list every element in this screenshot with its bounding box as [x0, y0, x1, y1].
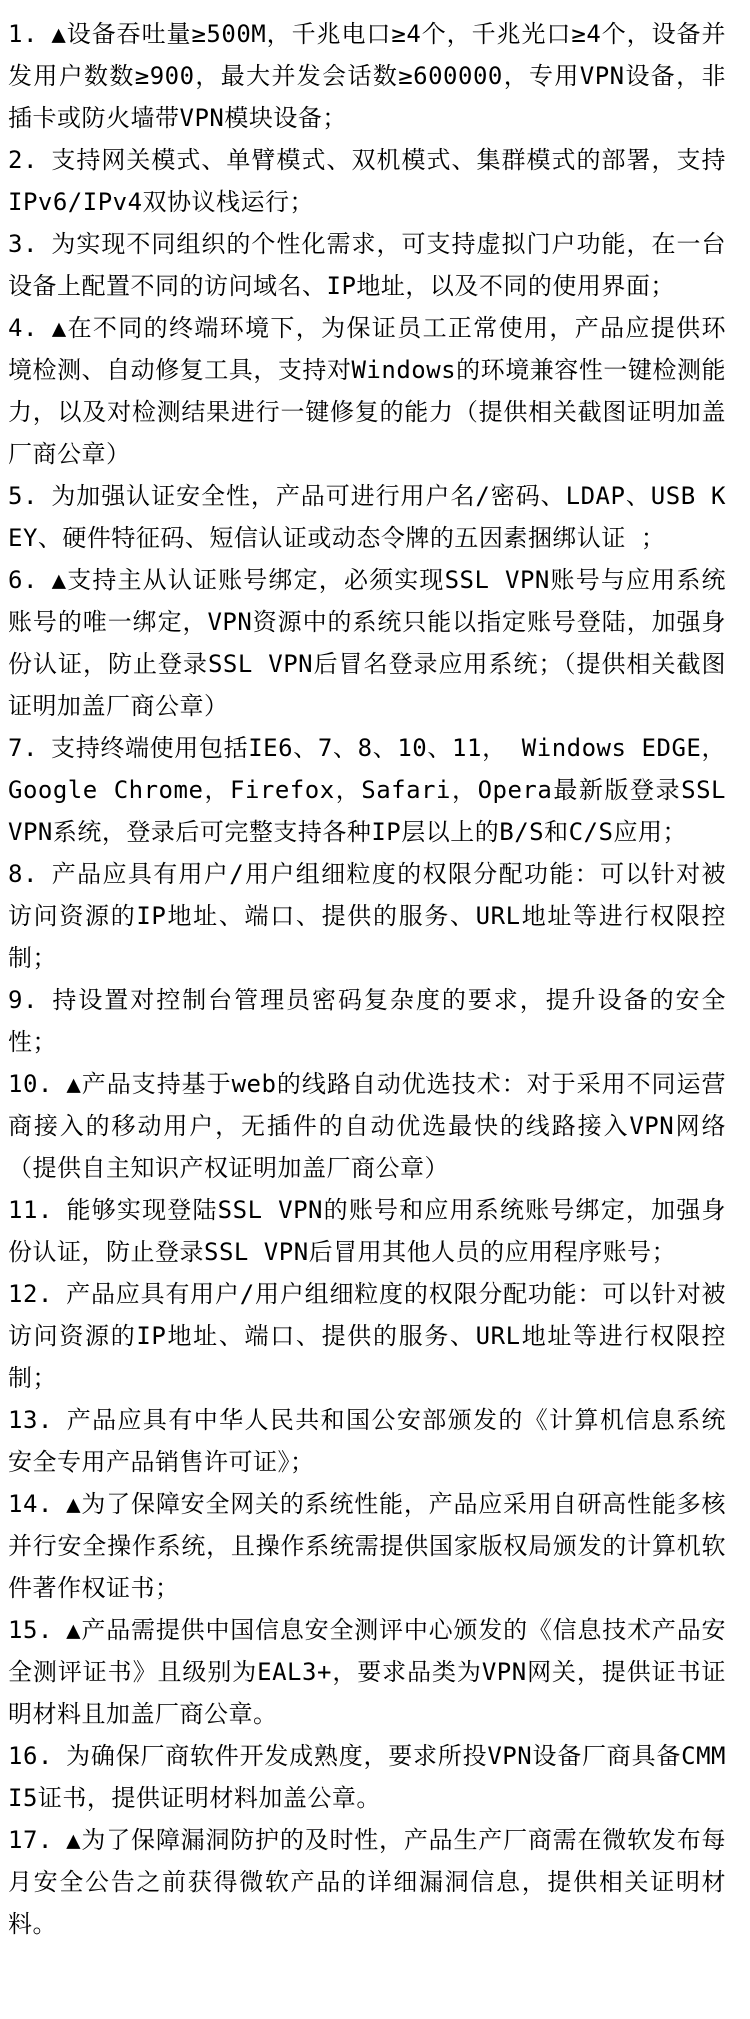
list-item: 3.为实现不同组织的个性化需求，可支持虚拟门户功能，在一台设备上配置不同的访问域… — [8, 223, 726, 307]
item-text: 产品应具有用户/用户组细粒度的权限分配功能：可以针对被访问资源的IP地址、端口、… — [8, 1280, 726, 1392]
item-text: 为了保障安全网关的系统性能，产品应采用自研高性能多核并行安全操作系统，且操作系统… — [8, 1490, 726, 1602]
item-number: 6. — [8, 566, 38, 594]
list-item: 9.持设置对控制台管理员密码复杂度的要求，提升设备的安全性； — [8, 979, 726, 1063]
item-text: 产品应具有中华人民共和国公安部颁发的《计算机信息系统安全专用产品销售许可证》； — [8, 1406, 726, 1476]
item-text: 支持网关模式、单臂模式、双机模式、集群模式的部署，支持IPv6/IPv4双协议栈… — [8, 146, 726, 216]
triangle-marker-icon: ▲ — [51, 314, 68, 342]
item-number: 2. — [8, 146, 38, 174]
item-number: 8. — [8, 860, 38, 888]
item-number: 10. — [8, 1070, 53, 1098]
item-number: 11. — [8, 1196, 53, 1224]
list-item: 7.支持终端使用包括IE6、7、8、10、11， Windows EDGE，Go… — [8, 727, 726, 853]
item-text: 为实现不同组织的个性化需求，可支持虚拟门户功能，在一台设备上配置不同的访问域名、… — [8, 230, 726, 300]
triangle-marker-icon: ▲ — [51, 566, 67, 594]
item-number: 13. — [8, 1406, 53, 1434]
item-number: 9. — [8, 986, 38, 1014]
item-number: 5. — [8, 482, 38, 510]
list-item: 2.支持网关模式、单臂模式、双机模式、集群模式的部署，支持IPv6/IPv4双协… — [8, 139, 726, 223]
list-item: 10.▲产品支持基于web的线路自动优选技术：对于采用不同运营商接入的移动用户，… — [8, 1063, 726, 1189]
item-number: 14. — [8, 1490, 53, 1518]
item-text: 产品应具有用户/用户组细粒度的权限分配功能：可以针对被访问资源的IP地址、端口、… — [8, 860, 726, 972]
list-item: 16.为确保厂商软件开发成熟度，要求所投VPN设备厂商具备CMMI5证书，提供证… — [8, 1735, 726, 1819]
list-item: 17.▲为了保障漏洞防护的及时性，产品生产厂商需在微软发布每月安全公告之前获得微… — [8, 1819, 726, 1945]
item-text: 持设置对控制台管理员密码复杂度的要求，提升设备的安全性； — [8, 986, 726, 1056]
item-text: 产品需提供中国信息安全测评中心颁发的《信息技术产品安全测评证书》且级别为EAL3… — [8, 1616, 726, 1728]
list-item: 8.产品应具有用户/用户组细粒度的权限分配功能：可以针对被访问资源的IP地址、端… — [8, 853, 726, 979]
item-number: 17. — [8, 1826, 53, 1854]
item-number: 15. — [8, 1616, 53, 1644]
list-item: 1.▲设备吞吐量≥500M，千兆电口≥4个，千兆光口≥4个，设备并发用户数数≥9… — [8, 13, 726, 139]
triangle-marker-icon: ▲ — [66, 1826, 82, 1854]
item-text: 支持主从认证账号绑定，必须实现SSL VPN账号与应用系统账号的唯一绑定，VPN… — [8, 566, 726, 720]
requirements-document: 1.▲设备吞吐量≥500M，千兆电口≥4个，千兆光口≥4个，设备并发用户数数≥9… — [0, 0, 750, 1945]
item-text: 产品支持基于web的线路自动优选技术：对于采用不同运营商接入的移动用户，无插件的… — [8, 1070, 726, 1182]
item-text: 在不同的终端环境下，为保证员工正常使用，产品应提供环境检测、自动修复工具，支持对… — [8, 314, 726, 468]
item-text: 能够实现登陆SSL VPN的账号和应用系统账号绑定，加强身份认证，防止登录SSL… — [8, 1196, 726, 1266]
triangle-marker-icon: ▲ — [51, 20, 67, 48]
item-number: 1. — [8, 20, 38, 48]
item-text: 支持终端使用包括IE6、7、8、10、11， Windows EDGE，Goog… — [8, 734, 726, 846]
list-item: 4.▲在不同的终端环境下，为保证员工正常使用，产品应提供环境检测、自动修复工具，… — [8, 307, 726, 475]
item-number: 12. — [8, 1280, 53, 1308]
item-number: 16. — [8, 1742, 53, 1770]
list-item: 15.▲产品需提供中国信息安全测评中心颁发的《信息技术产品安全测评证书》且级别为… — [8, 1609, 726, 1735]
list-item: 14.▲为了保障安全网关的系统性能，产品应采用自研高性能多核并行安全操作系统，且… — [8, 1483, 726, 1609]
item-text: 设备吞吐量≥500M，千兆电口≥4个，千兆光口≥4个，设备并发用户数数≥900，… — [8, 20, 726, 132]
item-number: 3. — [8, 230, 38, 258]
item-number: 7. — [8, 734, 38, 762]
triangle-marker-icon: ▲ — [66, 1616, 82, 1644]
item-text: 为加强认证安全性，产品可进行用户名/密码、LDAP、USB KEY、硬件特征码、… — [8, 482, 726, 552]
triangle-marker-icon: ▲ — [66, 1070, 82, 1098]
list-item: 5.为加强认证安全性，产品可进行用户名/密码、LDAP、USB KEY、硬件特征… — [8, 475, 726, 559]
item-number: 4. — [8, 314, 38, 342]
list-item: 6.▲支持主从认证账号绑定，必须实现SSL VPN账号与应用系统账号的唯一绑定，… — [8, 559, 726, 727]
item-text: 为了保障漏洞防护的及时性，产品生产厂商需在微软发布每月安全公告之前获得微软产品的… — [8, 1826, 726, 1938]
list-item: 13.产品应具有中华人民共和国公安部颁发的《计算机信息系统安全专用产品销售许可证… — [8, 1399, 726, 1483]
item-text: 为确保厂商软件开发成熟度，要求所投VPN设备厂商具备CMMI5证书，提供证明材料… — [8, 1742, 726, 1812]
list-item: 11.能够实现登陆SSL VPN的账号和应用系统账号绑定，加强身份认证，防止登录… — [8, 1189, 726, 1273]
list-item: 12.产品应具有用户/用户组细粒度的权限分配功能：可以针对被访问资源的IP地址、… — [8, 1273, 726, 1399]
triangle-marker-icon: ▲ — [66, 1490, 82, 1518]
